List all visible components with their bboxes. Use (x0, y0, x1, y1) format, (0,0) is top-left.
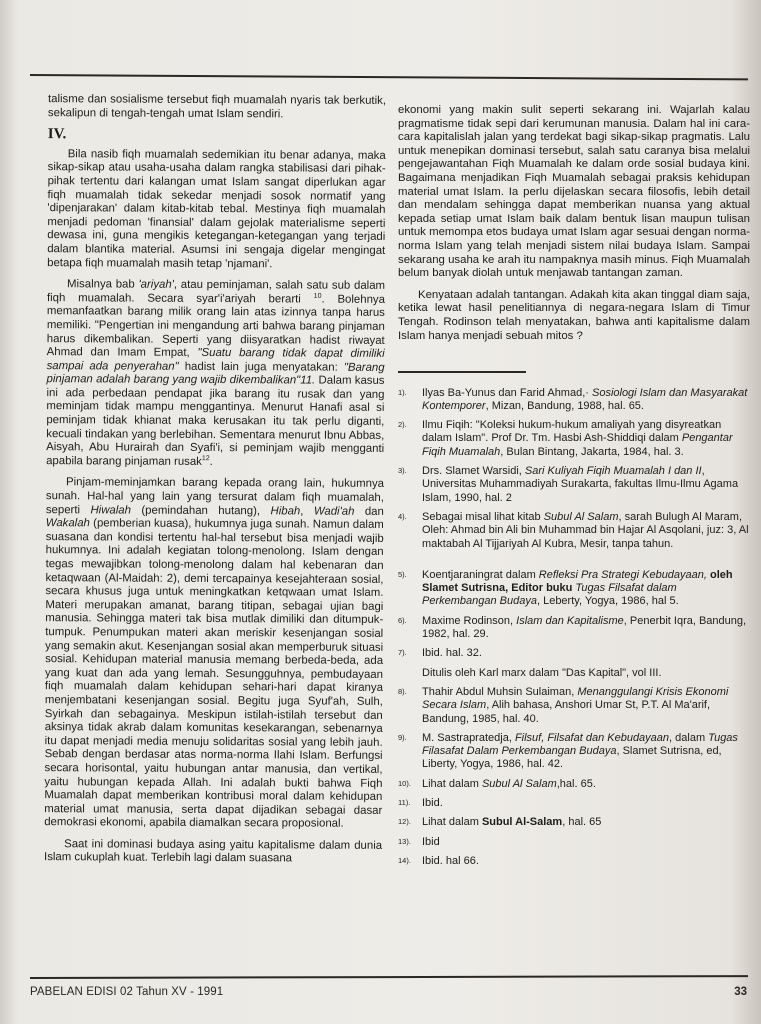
footnote-11: 11).Ibid. (398, 797, 750, 810)
magazine-page: talisme dan sosialisme tersebut fiqh mua… (0, 0, 761, 1024)
paragraph-4: Saat ini dominasi budaya asing yaitu kap… (44, 838, 382, 867)
paragraph-3: Pinjam-meminjamkan barang kepada orang l… (44, 477, 384, 832)
left-column: talisme dan sosialisme tersebut fiqh mua… (44, 93, 386, 875)
paragraph-1: Bila nasib fiqh muamalah sedemikian itu … (47, 148, 386, 272)
footnote-12: 12).Lihat dalam Subul Al-Salam, hal. 65 (398, 816, 750, 829)
footnote-2: 2).Ilmu Fiqih: "Koleksi hukum-hukum amal… (398, 419, 750, 459)
footnote-8: 8).Thahir Abdul Muhsin Sulaiman, Menangg… (398, 686, 750, 726)
footnote-5: 5).Koentjaraningrat dalam Refleksi Pra S… (398, 569, 750, 609)
footnote-7-note: Ditulis oleh Karl marx dalam "Das Kapita… (398, 667, 750, 680)
footnote-13: 13).Ibid (398, 836, 750, 849)
publication-footer: PABELAN EDISI 02 Tahun XV - 1991 (30, 986, 223, 998)
footnote-7: 7).Ibid. hal. 32. (398, 647, 750, 660)
footnote-rule (398, 371, 526, 373)
footnote-10: 10).Lihat dalam Subul Al Salam,hal. 65. (398, 778, 750, 791)
footnote-3: 3).Drs. Slamet Warsidi, Sari Kuliyah Fiq… (398, 465, 750, 505)
footnote-4: 4).Sebagai misal lihat kitab Subul Al Sa… (398, 511, 750, 551)
footnote-14: 14).Ibid. hal 66. (398, 855, 750, 868)
footnote-1: 1).Ilyas Ba-Yunus dan Farid Ahmad,· Sosi… (398, 387, 750, 414)
footnote-6: 6).Maxime Rodinson, Islam dan Kapitalism… (398, 615, 750, 642)
paragraph-6: Kenyataan adalah tantangan. Adakah kita … (398, 289, 750, 343)
bottom-rule (30, 975, 748, 979)
paragraph-2: Misalnya bab 'ariyah', atau peminjaman, … (46, 278, 385, 470)
footnote-9: 9).M. Sastrapratedja, Filsuf, Filsafat d… (398, 732, 750, 772)
footnotes: 1).Ilyas Ba-Yunus dan Farid Ahmad,· Sosi… (398, 387, 750, 869)
section-heading: IV. (48, 128, 386, 143)
page-number: 33 (734, 986, 747, 998)
paragraph-5: ekonomi yang makin sulit seperti sekaran… (398, 104, 750, 281)
top-rule (30, 74, 748, 80)
right-column: ekonomi yang makin sulit seperti sekaran… (398, 104, 750, 874)
intro-paragraph: talisme dan sosialisme tersebut fiqh mua… (48, 93, 386, 122)
